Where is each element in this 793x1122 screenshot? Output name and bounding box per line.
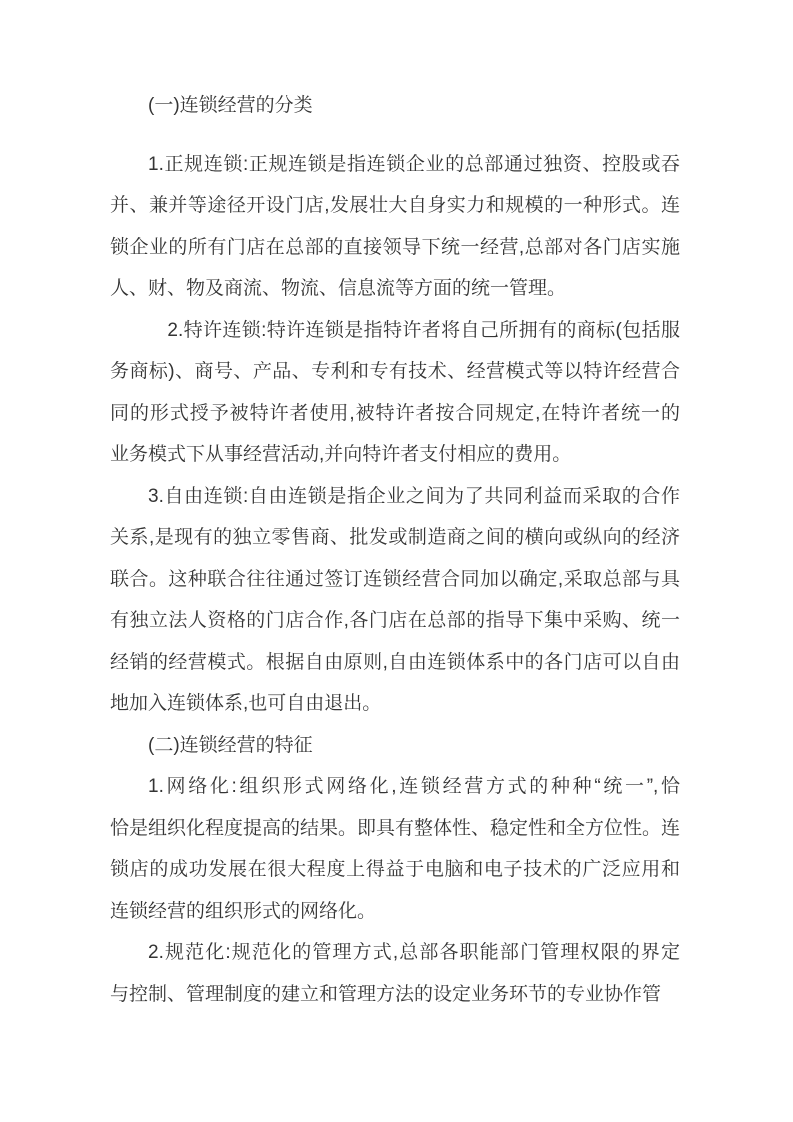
text-line: 2.特许连锁:特许连锁是指特许者将自己所拥有的商标(包括服 [110, 310, 680, 352]
paragraph: 1.网络化:组织形式网络化,连锁经营方式的种种“统一”,恰恰是组织化程度提高的结… [110, 766, 680, 932]
paragraph: 2.规范化:规范化的管理方式,总部各职能部门管理权限的界定与控制、管理制度的建立… [110, 932, 680, 1015]
text-line: 地加入连锁体系,也可自由退出。 [110, 683, 680, 725]
paragraph: 2.特许连锁:特许连锁是指特许者将自己所拥有的商标(包括服务商标)、商号、产品、… [110, 310, 680, 476]
heading-line: (二)连锁经营的特征 [110, 725, 680, 767]
text-line: 锁企业的所有门店在总部的直接领导下统一经营,总部对各门店实施 [110, 227, 680, 269]
document-page: (一)连锁经营的分类1.正规连锁:正规连锁是指连锁企业的总部通过独资、控股或吞并… [0, 0, 793, 1122]
text-line: 人、财、物及商流、物流、信息流等方面的统一管理。 [110, 268, 680, 310]
paragraph: 3.自由连锁:自由连锁是指企业之间为了共同利益而采取的合作关系,是现有的独立零售… [110, 476, 680, 725]
text-line: 有独立法人资格的门店合作,各门店在总部的指导下集中采购、统一 [110, 600, 680, 642]
text-line: 经销的经营模式。根据自由原则,自由连锁体系中的各门店可以自由 [110, 642, 680, 684]
text-line: 3.自由连锁:自由连锁是指企业之间为了共同利益而采取的合作 [110, 476, 680, 518]
heading-line: (一)连锁经营的分类 [110, 85, 680, 127]
paragraph: 1.正规连锁:正规连锁是指连锁企业的总部通过独资、控股或吞并、兼并等途径开设门店… [110, 144, 680, 310]
text-line: 与控制、管理制度的建立和管理方法的设定业务环节的专业协作管 [110, 974, 680, 1016]
text-line: 锁店的成功发展在很大程度上得益于电脑和电子技术的广泛应用和 [110, 849, 680, 891]
section-heading: (二)连锁经营的特征 [110, 725, 680, 767]
text-line: 务商标)、商号、产品、专利和专有技术、经营模式等以特许经营合 [110, 351, 680, 393]
text-line: 业务模式下从事经营活动,并向特许者支付相应的费用。 [110, 434, 680, 476]
document-body: (一)连锁经营的分类1.正规连锁:正规连锁是指连锁企业的总部通过独资、控股或吞并… [0, 0, 793, 1015]
text-line: 连锁经营的组织形式的网络化。 [110, 891, 680, 933]
text-line: 恰是组织化程度提高的结果。即具有整体性、稳定性和全方位性。连 [110, 808, 680, 850]
text-line: 联合。这种联合往往通过签订连锁经营合同加以确定,采取总部与具 [110, 559, 680, 601]
text-line: 1.正规连锁:正规连锁是指连锁企业的总部通过独资、控股或吞 [110, 144, 680, 186]
text-line: 并、兼并等途径开设门店,发展壮大自身实力和规模的一种形式。连 [110, 185, 680, 227]
text-line: 1.网络化:组织形式网络化,连锁经营方式的种种“统一”,恰 [110, 766, 680, 808]
text-line: 关系,是现有的独立零售商、批发或制造商之间的横向或纵向的经济 [110, 517, 680, 559]
text-line: 2.规范化:规范化的管理方式,总部各职能部门管理权限的界定 [110, 932, 680, 974]
text-line: 同的形式授予被特许者使用,被特许者按合同规定,在特许者统一的 [110, 393, 680, 435]
section-heading: (一)连锁经营的分类 [110, 85, 680, 127]
